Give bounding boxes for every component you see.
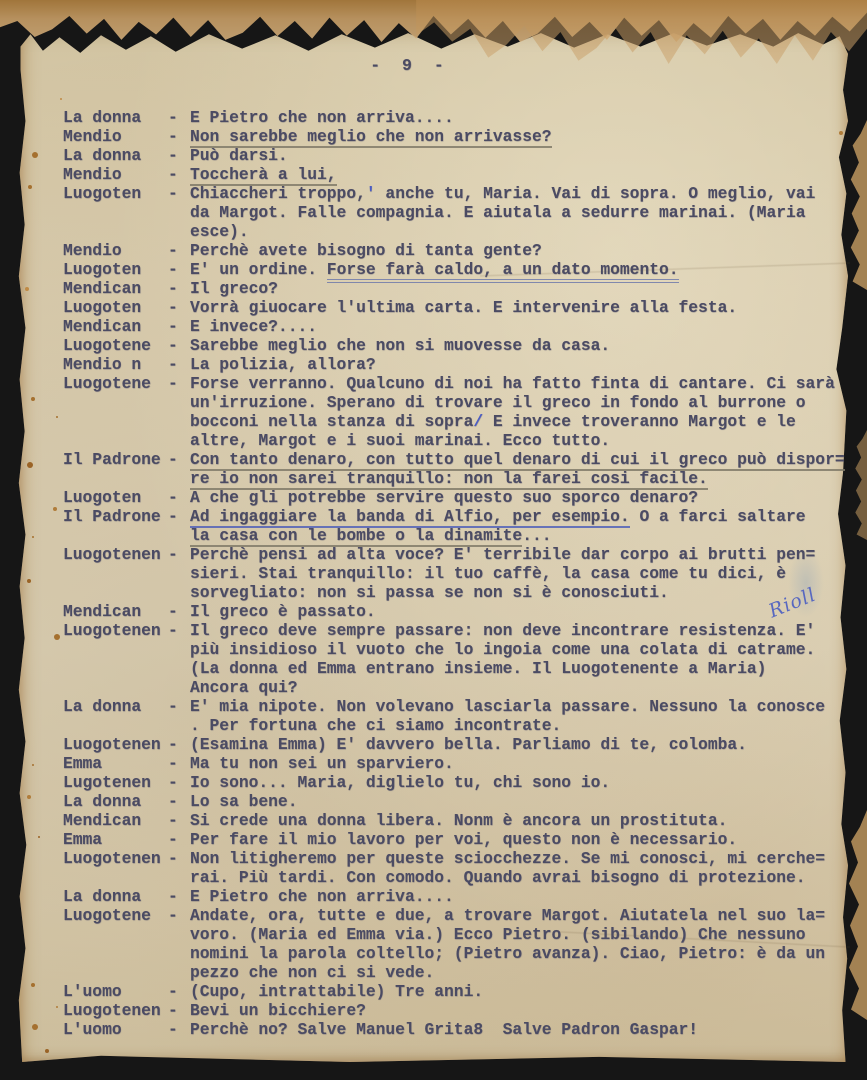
speech-block: Luogoten-Chiaccheri troppo,' anche tu, M… xyxy=(63,184,845,241)
annotated-text: Con tanto denaro, con tutto quel denaro … xyxy=(190,450,845,471)
typed-text: Vorrà giuocare l'ultima carta. E interve… xyxy=(190,298,737,317)
dialogue-text: Perchè avete bisogno di tanta gente? xyxy=(190,241,845,260)
speaker-dash: - xyxy=(168,1020,190,1039)
typed-text: da Margot. Falle compagnia. E aiutala a … xyxy=(190,203,806,222)
speech-block: L'uomo-Perchè no? Salve Manuel Grita8 Sa… xyxy=(63,1020,845,1039)
speaker-name: Luogotenen xyxy=(63,735,168,754)
typed-text: Io sono... Maria, diglielo tu, chi sono … xyxy=(190,773,610,792)
typed-text: E Pietro che non arriva.... xyxy=(190,108,454,127)
dialogue-line: pezzo che non ci si vede. xyxy=(190,963,845,982)
speaker-name: Il Padrone xyxy=(63,507,168,526)
speaker-name: Emma xyxy=(63,754,168,773)
dialogue-line: E invece?.... xyxy=(190,317,845,336)
typed-text: voro. (Maria ed Emma via.) Ecco Pietro. … xyxy=(190,925,806,944)
annotated-text: la casa con le bombe o la dinamite xyxy=(190,526,522,547)
dialogue-line: Perchè pensi ad alta voce? E' terribile … xyxy=(190,545,845,564)
dialogue-line: Perchè avete bisogno di tanta gente? xyxy=(190,241,845,260)
dialogue-text: Il greco? xyxy=(190,279,845,298)
speaker-dash: - xyxy=(168,488,190,507)
speaker-name: Mendican xyxy=(63,602,168,621)
typed-text: Andate, ora, tutte e due, a trovare Marg… xyxy=(190,906,825,925)
speaker-dash: - xyxy=(168,830,190,849)
typed-text: Bevi un bicchiere? xyxy=(190,1001,366,1020)
typed-text: Il greco è passato. xyxy=(190,602,376,621)
rust-spots xyxy=(0,0,6,6)
typed-text: Perchè avete bisogno di tanta gente? xyxy=(190,241,542,260)
speech-block: Mendican-Il greco è passato. xyxy=(63,602,845,621)
speaker-dash: - xyxy=(168,146,190,165)
typed-text: Il greco deve sempre passare: non deve i… xyxy=(190,621,815,640)
speaker-dash: - xyxy=(168,773,190,792)
speaker-name: Luogoten xyxy=(63,260,168,279)
dialogue-line: Forse verranno. Qualcuno di noi ha fatto… xyxy=(190,374,845,393)
speaker-dash: - xyxy=(168,374,190,393)
typed-text: Perchè pensi ad alta voce? E' terribile … xyxy=(190,545,815,564)
speech-block: Mendican-Il greco? xyxy=(63,279,845,298)
speaker-dash: - xyxy=(168,545,190,564)
typed-text: nomini la parola coltello; (Pietro avanz… xyxy=(190,944,825,963)
dialogue-line: (Esamina Emma) E' davvero bella. Parliam… xyxy=(190,735,845,754)
dialogue-line: altre, Margot e i suoi marinai. Ecco tut… xyxy=(190,431,845,450)
speaker-name: Mendican xyxy=(63,811,168,830)
dialogue-text: Forse verranno. Qualcuno di noi ha fatto… xyxy=(190,374,845,450)
speaker-dash: - xyxy=(168,279,190,298)
dialogue-line: Con tanto denaro, con tutto quel denaro … xyxy=(190,450,845,469)
dialogue-line: E' un ordine. Forse farà caldo, a un dat… xyxy=(190,260,845,279)
dialogue-line: bocconi nella stanza di sopra/ E invece … xyxy=(190,412,845,431)
typed-text: (Cupo, intrattabile) Tre anni. xyxy=(190,982,483,1001)
dialogue-text: Può darsi. xyxy=(190,146,845,165)
dialogue-line: esce). xyxy=(190,222,845,241)
typed-text: pezzo che non ci si vede. xyxy=(190,963,434,982)
speech-block: Mendio n-La polizia, allora? xyxy=(63,355,845,374)
speaker-dash: - xyxy=(168,1001,190,1020)
dialogue-line: da Margot. Falle compagnia. E aiutala a … xyxy=(190,203,845,222)
speaker-dash: - xyxy=(168,336,190,355)
dialogue-line: sieri. Stai tranquillo: il tuo caffè, la… xyxy=(190,564,845,583)
dialogue-text: Il greco è passato. xyxy=(190,602,845,621)
dialogue-line: Può darsi. xyxy=(190,146,845,165)
dialogue-text: Ma tu non sei un sparviero. xyxy=(190,754,845,773)
torn-right-edge xyxy=(847,810,867,1020)
speech-block: La donna-E Pietro che non arriva.... xyxy=(63,108,845,127)
typed-text: ... xyxy=(522,526,551,545)
dialogue-line: un'irruzione. Sperano di trovare il grec… xyxy=(190,393,845,412)
speech-block: Luogotenen-Non litigheremo per queste sc… xyxy=(63,849,845,887)
dialogue-line: la casa con le bombe o la dinamite... xyxy=(190,526,845,545)
typed-text: più insidioso il vuoto che lo ingoia com… xyxy=(190,640,815,659)
speech-block: Mendio-Toccherà a lui, xyxy=(63,165,845,184)
dialogue-text: Ad ingaggiare la banda di Alfio, per ese… xyxy=(190,507,845,545)
annotated-text: Ad ingaggiare la banda di Alfio, per ese… xyxy=(190,507,630,528)
dialogue-text: Toccherà a lui, xyxy=(190,165,845,184)
dialogue-text: E invece?.... xyxy=(190,317,845,336)
speech-block: Luogotenen-Perchè pensi ad alta voce? E'… xyxy=(63,545,845,602)
speech-block: Mendican-E invece?.... xyxy=(63,317,845,336)
dialogue-text: Sarebbe meglio che non si muovesse da ca… xyxy=(190,336,845,355)
speaker-dash: - xyxy=(168,697,190,716)
speech-block: La donna-Lo sa bene. xyxy=(63,792,845,811)
script-body: La donna-E Pietro che non arriva....Mend… xyxy=(63,108,845,1039)
typed-text: (Esamina Emma) E' davvero bella. Parliam… xyxy=(190,735,747,754)
speaker-dash: - xyxy=(168,355,190,374)
typed-text: bocconi nella stanza di sopra xyxy=(190,412,473,431)
speaker-name: Emma xyxy=(63,830,168,849)
dialogue-text: Si crede una donna libera. Nonm è ancora… xyxy=(190,811,845,830)
speaker-name: La donna xyxy=(63,887,168,906)
speaker-name: Il Padrone xyxy=(63,450,168,469)
speech-block: Il Padrone-Ad ingaggiare la banda di Alf… xyxy=(63,507,845,545)
dialogue-text: Perchè no? Salve Manuel Grita8 Salve Pad… xyxy=(190,1020,845,1039)
dialogue-text: Il greco deve sempre passare: non deve i… xyxy=(190,621,845,697)
dialogue-text: Lo sa bene. xyxy=(190,792,845,811)
speaker-name: Mendio xyxy=(63,165,168,184)
speaker-name: L'uomo xyxy=(63,1020,168,1039)
torn-right-edge xyxy=(849,120,867,290)
speech-block: Luogotene-Sarebbe meglio che non si muov… xyxy=(63,336,845,355)
speaker-name: Luogotenen xyxy=(63,1001,168,1020)
dialogue-text: E' un ordine. Forse farà caldo, a un dat… xyxy=(190,260,845,279)
dialogue-line: Il greco deve sempre passare: non deve i… xyxy=(190,621,845,640)
speaker-name: Luogotenen xyxy=(63,849,168,868)
annotated-text: ' xyxy=(366,184,376,203)
speaker-name: Lugotenen xyxy=(63,773,168,792)
speech-block: La donna-E' mia nipote. Non volevano las… xyxy=(63,697,845,735)
dialogue-line: rai. Più tardi. Con comodo. Quando avrai… xyxy=(190,868,845,887)
typed-text: rai. Più tardi. Con comodo. Quando avrai… xyxy=(190,868,806,887)
typed-text: sieri. Stai tranquillo: il tuo caffè, la… xyxy=(190,564,786,583)
speech-block: Luogoten-Vorrà giuocare l'ultima carta. … xyxy=(63,298,845,317)
dialogue-line: Andate, ora, tutte e due, a trovare Marg… xyxy=(190,906,845,925)
typed-text: Ancora qui? xyxy=(190,678,297,697)
typed-text: Lo sa bene. xyxy=(190,792,297,811)
speaker-dash: - xyxy=(168,811,190,830)
speaker-dash: - xyxy=(168,317,190,336)
speaker-name: Luogotene xyxy=(63,374,168,393)
typed-text: un'irruzione. Sperano di trovare il grec… xyxy=(190,393,806,412)
speech-block: Emma-Per fare il mio lavoro per voi, que… xyxy=(63,830,845,849)
speaker-name: L'uomo xyxy=(63,982,168,1001)
typed-text: . Per fortuna che ci siamo incontrate. xyxy=(190,716,561,735)
dialogue-line: Bevi un bicchiere? xyxy=(190,1001,845,1020)
speaker-name: La donna xyxy=(63,146,168,165)
dialogue-line: Ancora qui? xyxy=(190,678,845,697)
dialogue-text: A che gli potrebbe servire questo suo sp… xyxy=(190,488,845,507)
dialogue-text: (Cupo, intrattabile) Tre anni. xyxy=(190,982,845,1001)
typed-text: La polizia, allora? xyxy=(190,355,376,374)
dialogue-line: Chiaccheri troppo,' anche tu, Maria. Vai… xyxy=(190,184,845,203)
page-number: - 9 - xyxy=(190,56,630,75)
typed-text: sorvegliato: non si passa se non si è co… xyxy=(190,583,669,602)
speaker-dash: - xyxy=(168,108,190,127)
typed-text: Chiaccheri troppo, xyxy=(190,184,366,203)
dialogue-line: . Per fortuna che ci siamo incontrate. xyxy=(190,716,845,735)
dialogue-line: Ma tu non sei un sparviero. xyxy=(190,754,845,773)
speech-block: La donna-Può darsi. xyxy=(63,146,845,165)
dialogue-line: Il greco è passato. xyxy=(190,602,845,621)
dialogue-text: E Pietro che non arriva.... xyxy=(190,108,845,127)
dialogue-line: Lo sa bene. xyxy=(190,792,845,811)
speech-block: Mendio-Non sarebbe meglio che non arriva… xyxy=(63,127,845,146)
dialogue-line: E Pietro che non arriva.... xyxy=(190,108,845,127)
dialogue-line: Perchè no? Salve Manuel Grita8 Salve Pad… xyxy=(190,1020,845,1039)
dialogue-line: Vorrà giuocare l'ultima carta. E interve… xyxy=(190,298,845,317)
speaker-name: La donna xyxy=(63,697,168,716)
speaker-name: Mendican xyxy=(63,279,168,298)
dialogue-line: Si crede una donna libera. Nonm è ancora… xyxy=(190,811,845,830)
speaker-dash: - xyxy=(168,507,190,526)
typed-text: Forse verranno. Qualcuno di noi ha fatto… xyxy=(190,374,835,393)
dialogue-line: Non sarebbe meglio che non arrivasse? xyxy=(190,127,845,146)
speech-block: Luogotene-Forse verranno. Qualcuno di no… xyxy=(63,374,845,450)
torn-right-edge xyxy=(854,430,867,540)
speech-block: Luogoten-E' un ordine. Forse farà caldo,… xyxy=(63,260,845,279)
dialogue-line: voro. (Maria ed Emma via.) Ecco Pietro. … xyxy=(190,925,845,944)
dialogue-text: Andate, ora, tutte e due, a trovare Marg… xyxy=(190,906,845,982)
speaker-dash: - xyxy=(168,621,190,640)
annotated-text: / xyxy=(473,412,483,431)
annotated-text: re io non sarei tranquillo: non la farei… xyxy=(190,469,708,490)
speaker-dash: - xyxy=(168,298,190,317)
speaker-dash: - xyxy=(168,792,190,811)
dialogue-line: La polizia, allora? xyxy=(190,355,845,374)
typed-text: A che gli potrebbe servire questo suo sp… xyxy=(190,488,698,507)
typed-text: Il greco? xyxy=(190,279,278,298)
speech-block: Mendican-Si crede una donna libera. Nonm… xyxy=(63,811,845,830)
dialogue-line: più insidioso il vuoto che lo ingoia com… xyxy=(190,640,845,659)
typed-text: Perchè no? Salve Manuel Grita8 Salve Pad… xyxy=(190,1020,698,1039)
dialogue-line: Sarebbe meglio che non si muovesse da ca… xyxy=(190,336,845,355)
typed-text: E' un ordine. xyxy=(190,260,327,279)
speaker-name: Mendican xyxy=(63,317,168,336)
speaker-dash: - xyxy=(168,184,190,203)
dialogue-text: (Esamina Emma) E' davvero bella. Parliam… xyxy=(190,735,845,754)
dialogue-line: (Cupo, intrattabile) Tre anni. xyxy=(190,982,845,1001)
speech-block: Emma-Ma tu non sei un sparviero. xyxy=(63,754,845,773)
typed-text: Ma tu non sei un sparviero. xyxy=(190,754,454,773)
dialogue-text: Non sarebbe meglio che non arrivasse? xyxy=(190,127,845,146)
annotated-text: Toccherà a lui, xyxy=(190,165,337,186)
dialogue-line: re io non sarei tranquillo: non la farei… xyxy=(190,469,845,488)
typed-text: anche tu, Maria. Vai di sopra. O meglio,… xyxy=(376,184,816,203)
speaker-dash: - xyxy=(168,127,190,146)
dialogue-line: Ad ingaggiare la banda di Alfio, per ese… xyxy=(190,507,845,526)
dialogue-line: nomini la parola coltello; (Pietro avanz… xyxy=(190,944,845,963)
speaker-dash: - xyxy=(168,982,190,1001)
speaker-name: Mendio xyxy=(63,241,168,260)
dialogue-text: Vorrà giuocare l'ultima carta. E interve… xyxy=(190,298,845,317)
speech-block: Luogotene-Andate, ora, tutte e due, a tr… xyxy=(63,906,845,982)
speech-block: Luogotenen-Il greco deve sempre passare:… xyxy=(63,621,845,697)
typed-text: Può darsi. xyxy=(190,146,288,165)
speaker-name: La donna xyxy=(63,108,168,127)
speaker-name: Mendio n xyxy=(63,355,168,374)
speaker-dash: - xyxy=(168,165,190,184)
dialogue-text: Io sono... Maria, diglielo tu, chi sono … xyxy=(190,773,845,792)
speech-block: Luogotenen-Bevi un bicchiere? xyxy=(63,1001,845,1020)
typed-text: E' mia nipote. Non volevano lasciarla pa… xyxy=(190,697,825,716)
speaker-dash: - xyxy=(168,450,190,469)
speaker-name: Luogotene xyxy=(63,906,168,925)
speech-block: L'uomo-(Cupo, intrattabile) Tre anni. xyxy=(63,982,845,1001)
speaker-name: Mendio xyxy=(63,127,168,146)
dialogue-text: Per fare il mio lavoro per voi, questo n… xyxy=(190,830,845,849)
speaker-name: Luogotene xyxy=(63,336,168,355)
speaker-name: La donna xyxy=(63,792,168,811)
typed-text: (La donna ed Emma entrano insieme. Il Lu… xyxy=(190,659,766,678)
scanned-page: - 9 - La donna-E Pietro che non arriva..… xyxy=(0,0,867,1080)
speech-block: La donna-E Pietro che non arriva.... xyxy=(63,887,845,906)
dialogue-text: La polizia, allora? xyxy=(190,355,845,374)
dialogue-text: E Pietro che non arriva.... xyxy=(190,887,845,906)
speaker-dash: - xyxy=(168,241,190,260)
typed-text: Per fare il mio lavoro per voi, questo n… xyxy=(190,830,737,849)
speech-block: Luogoten-A che gli potrebbe servire ques… xyxy=(63,488,845,507)
speech-block: Luogotenen-(Esamina Emma) E' davvero bel… xyxy=(63,735,845,754)
dialogue-line: Toccherà a lui, xyxy=(190,165,845,184)
speaker-name: Luogotenen xyxy=(63,621,168,640)
dialogue-text: Bevi un bicchiere? xyxy=(190,1001,845,1020)
annotated-text: Non sarebbe meglio che non arrivasse? xyxy=(190,127,552,148)
typed-text: Sarebbe meglio che non si muovesse da ca… xyxy=(190,336,610,355)
dialogue-text: Con tanto denaro, con tutto quel denaro … xyxy=(190,450,845,488)
typed-text: E Pietro che non arriva.... xyxy=(190,887,454,906)
dialogue-line: Per fare il mio lavoro per voi, questo n… xyxy=(190,830,845,849)
dialogue-line: sorvegliato: non si passa se non si è co… xyxy=(190,583,845,602)
dialogue-line: Non litigheremo per queste sciocchezze. … xyxy=(190,849,845,868)
typed-text: O a farci saltare xyxy=(630,507,806,526)
speaker-dash: - xyxy=(168,887,190,906)
dialogue-text: Non litigheremo per queste sciocchezze. … xyxy=(190,849,845,887)
speaker-dash: - xyxy=(168,602,190,621)
dialogue-line: E Pietro che non arriva.... xyxy=(190,887,845,906)
speaker-dash: - xyxy=(168,735,190,754)
dialogue-text: Perchè pensi ad alta voce? E' terribile … xyxy=(190,545,845,602)
typed-text: altre, Margot e i suoi marinai. Ecco tut… xyxy=(190,431,610,450)
dialogue-line: E' mia nipote. Non volevano lasciarla pa… xyxy=(190,697,845,716)
speech-block: Mendio-Perchè avete bisogno di tanta gen… xyxy=(63,241,845,260)
typed-text: E invece troveranno Margot e le xyxy=(483,412,796,431)
speaker-name: Luogoten xyxy=(63,184,168,203)
speaker-dash: - xyxy=(168,260,190,279)
speaker-dash: - xyxy=(168,906,190,925)
speaker-name: Luogotenen xyxy=(63,545,168,564)
speaker-dash: - xyxy=(168,754,190,773)
speaker-name: Luogoten xyxy=(63,488,168,507)
dialogue-line: Il greco? xyxy=(190,279,845,298)
dialogue-text: Chiaccheri troppo,' anche tu, Maria. Vai… xyxy=(190,184,845,241)
typed-text: Non litigheremo per queste sciocchezze. … xyxy=(190,849,825,868)
speech-block: Lugotenen-Io sono... Maria, diglielo tu,… xyxy=(63,773,845,792)
speaker-dash: - xyxy=(168,849,190,868)
speaker-name: Luogoten xyxy=(63,298,168,317)
speech-block: Il Padrone-Con tanto denaro, con tutto q… xyxy=(63,450,845,488)
dialogue-text: E' mia nipote. Non volevano lasciarla pa… xyxy=(190,697,845,735)
dialogue-line: Io sono... Maria, diglielo tu, chi sono … xyxy=(190,773,845,792)
typed-text: E invece?.... xyxy=(190,317,317,336)
dialogue-line: A che gli potrebbe servire questo suo sp… xyxy=(190,488,845,507)
dialogue-line: (La donna ed Emma entrano insieme. Il Lu… xyxy=(190,659,845,678)
typed-text: Si crede una donna libera. Nonm è ancora… xyxy=(190,811,727,830)
typed-text: esce). xyxy=(190,222,249,241)
